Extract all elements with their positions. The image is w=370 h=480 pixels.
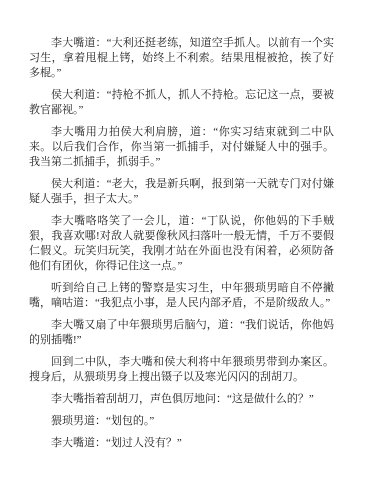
body-text: 李大嘴道：“大利还挺老练，知道空手抓人。以前有一个实习生，拿着甩棍上铐，始终上不…: [29, 36, 334, 458]
book-page: 李大嘴道：“大利还挺老练，知道空手抓人。以前有一个实习生，拿着甩棍上铐，始终上不…: [0, 0, 370, 480]
paragraph: 李大嘴咯咯笑了一会儿，道：“丁队说，你他妈的下手贼狠，我喜欢哪!对敌人就要像秋风…: [29, 214, 334, 274]
paragraph: 李大嘴指着刮胡刀，声色俱厉地问：“这是做什么的？”: [29, 392, 334, 407]
paragraph: 李大嘴用力拍侯大利肩膀，道：“你实习结束就到二中队来。以后我们合作，你当第一抓捕…: [29, 125, 334, 170]
paragraph: 侯大利道：“老大，我是新兵啊，报到第一天就专门对付嫌疑人强手，担子太大。”: [29, 177, 334, 207]
paragraph: 听到给自己上铐的警察是实习生，中年猥琐男暗自不停撇嘴，嘀咕道：“我犯点小事，是人…: [29, 281, 334, 311]
paragraph: 李大嘴又扇了中年猥琐男后脑勺，道：“我们说话，你他妈的别插嘴!”: [29, 318, 334, 348]
paragraph: 侯大利道：“持枪不抓人，抓人不持枪。忘记这一点，要被教官鄙视。”: [29, 88, 334, 118]
paragraph: 猥琐男道：“划包的。”: [29, 414, 334, 429]
paragraph: 回到二中队，李大嘴和侯大利将中年猥琐男带到办案区。搜身后，从猥琐男身上搜出镊子以…: [29, 355, 334, 385]
paragraph: 李大嘴道：“划过人没有？”: [29, 436, 334, 451]
paragraph: 李大嘴道：“大利还挺老练，知道空手抓人。以前有一个实习生，拿着甩棍上铐，始终上不…: [29, 36, 334, 81]
